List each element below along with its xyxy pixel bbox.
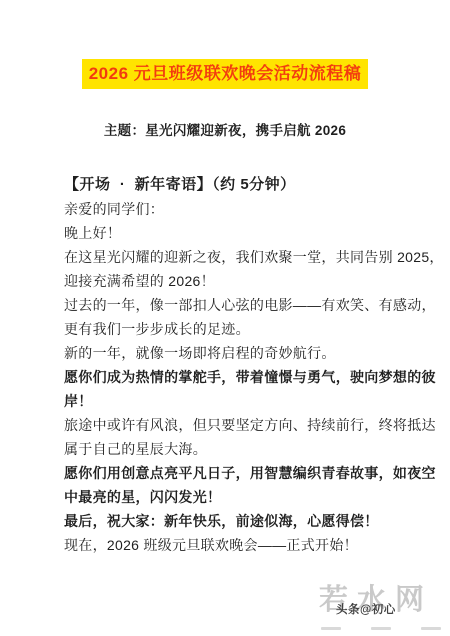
body-line: 现在，2026 班级元旦联欢晚会——正式开始！ — [64, 533, 410, 557]
body-line: 最后，祝大家：新年快乐，前途似海，心愿得偿！ — [64, 509, 410, 533]
page-title: 2026 元旦班级联欢晚会活动流程稿 — [82, 59, 369, 89]
body-line: 更有我们一步步成长的足迹。 — [64, 317, 410, 341]
body-line: 新的一年，就像一场即将启程的奇妙航行。 — [64, 341, 410, 365]
body-line: 晚上好！ — [64, 221, 410, 245]
body-line: 属于自己的星辰大海。 — [64, 437, 410, 461]
body-line: 亲爱的同学们： — [64, 197, 410, 221]
body-line: 在这星光闪耀的迎新之夜，我们欢聚一堂，共同告别 2025， — [64, 245, 410, 269]
body-line: 过去的一年，像一部扣人心弦的电影——有欢笑、有感动， — [64, 293, 410, 317]
body-line: 迎接充满希望的 2026！ — [64, 269, 410, 293]
body-lines: 亲爱的同学们：晚上好！在这星光闪耀的迎新之夜，我们欢聚一堂，共同告别 2025，… — [0, 197, 450, 557]
body-line: 中最亮的星，闪闪发光！ — [64, 485, 410, 509]
watermark-mark — [321, 627, 341, 630]
body-line: 岸！ — [64, 389, 410, 413]
body-line: 愿你们用创意点亮平凡日子，用智慧编织青春故事，如夜空 — [64, 461, 410, 485]
watermark: 若水网 头条@初心 — [319, 584, 445, 630]
body-line: 旅途中或许有风浪，但只要坚定方向、持续前行，终将抵达 — [64, 413, 410, 437]
watermark-author-text: 头条@初心 — [336, 601, 396, 617]
body-line: 愿你们成为热情的掌舵手，带着憧憬与勇气，驶向梦想的彼 — [64, 365, 410, 389]
title-row: 2026 元旦班级联欢晚会活动流程稿 — [0, 59, 450, 89]
watermark-mark — [371, 627, 391, 630]
watermark-marks — [321, 627, 441, 630]
section-heading: 【开场 · 新年寄语】（约 5分钟） — [0, 173, 450, 194]
document-subtitle: 主题：星光闪耀迎新夜，携手启航 2026 — [0, 119, 450, 139]
watermark-mark — [421, 627, 441, 630]
document-page: 2026 元旦班级联欢晚会活动流程稿 主题：星光闪耀迎新夜，携手启航 2026 … — [0, 0, 450, 636]
